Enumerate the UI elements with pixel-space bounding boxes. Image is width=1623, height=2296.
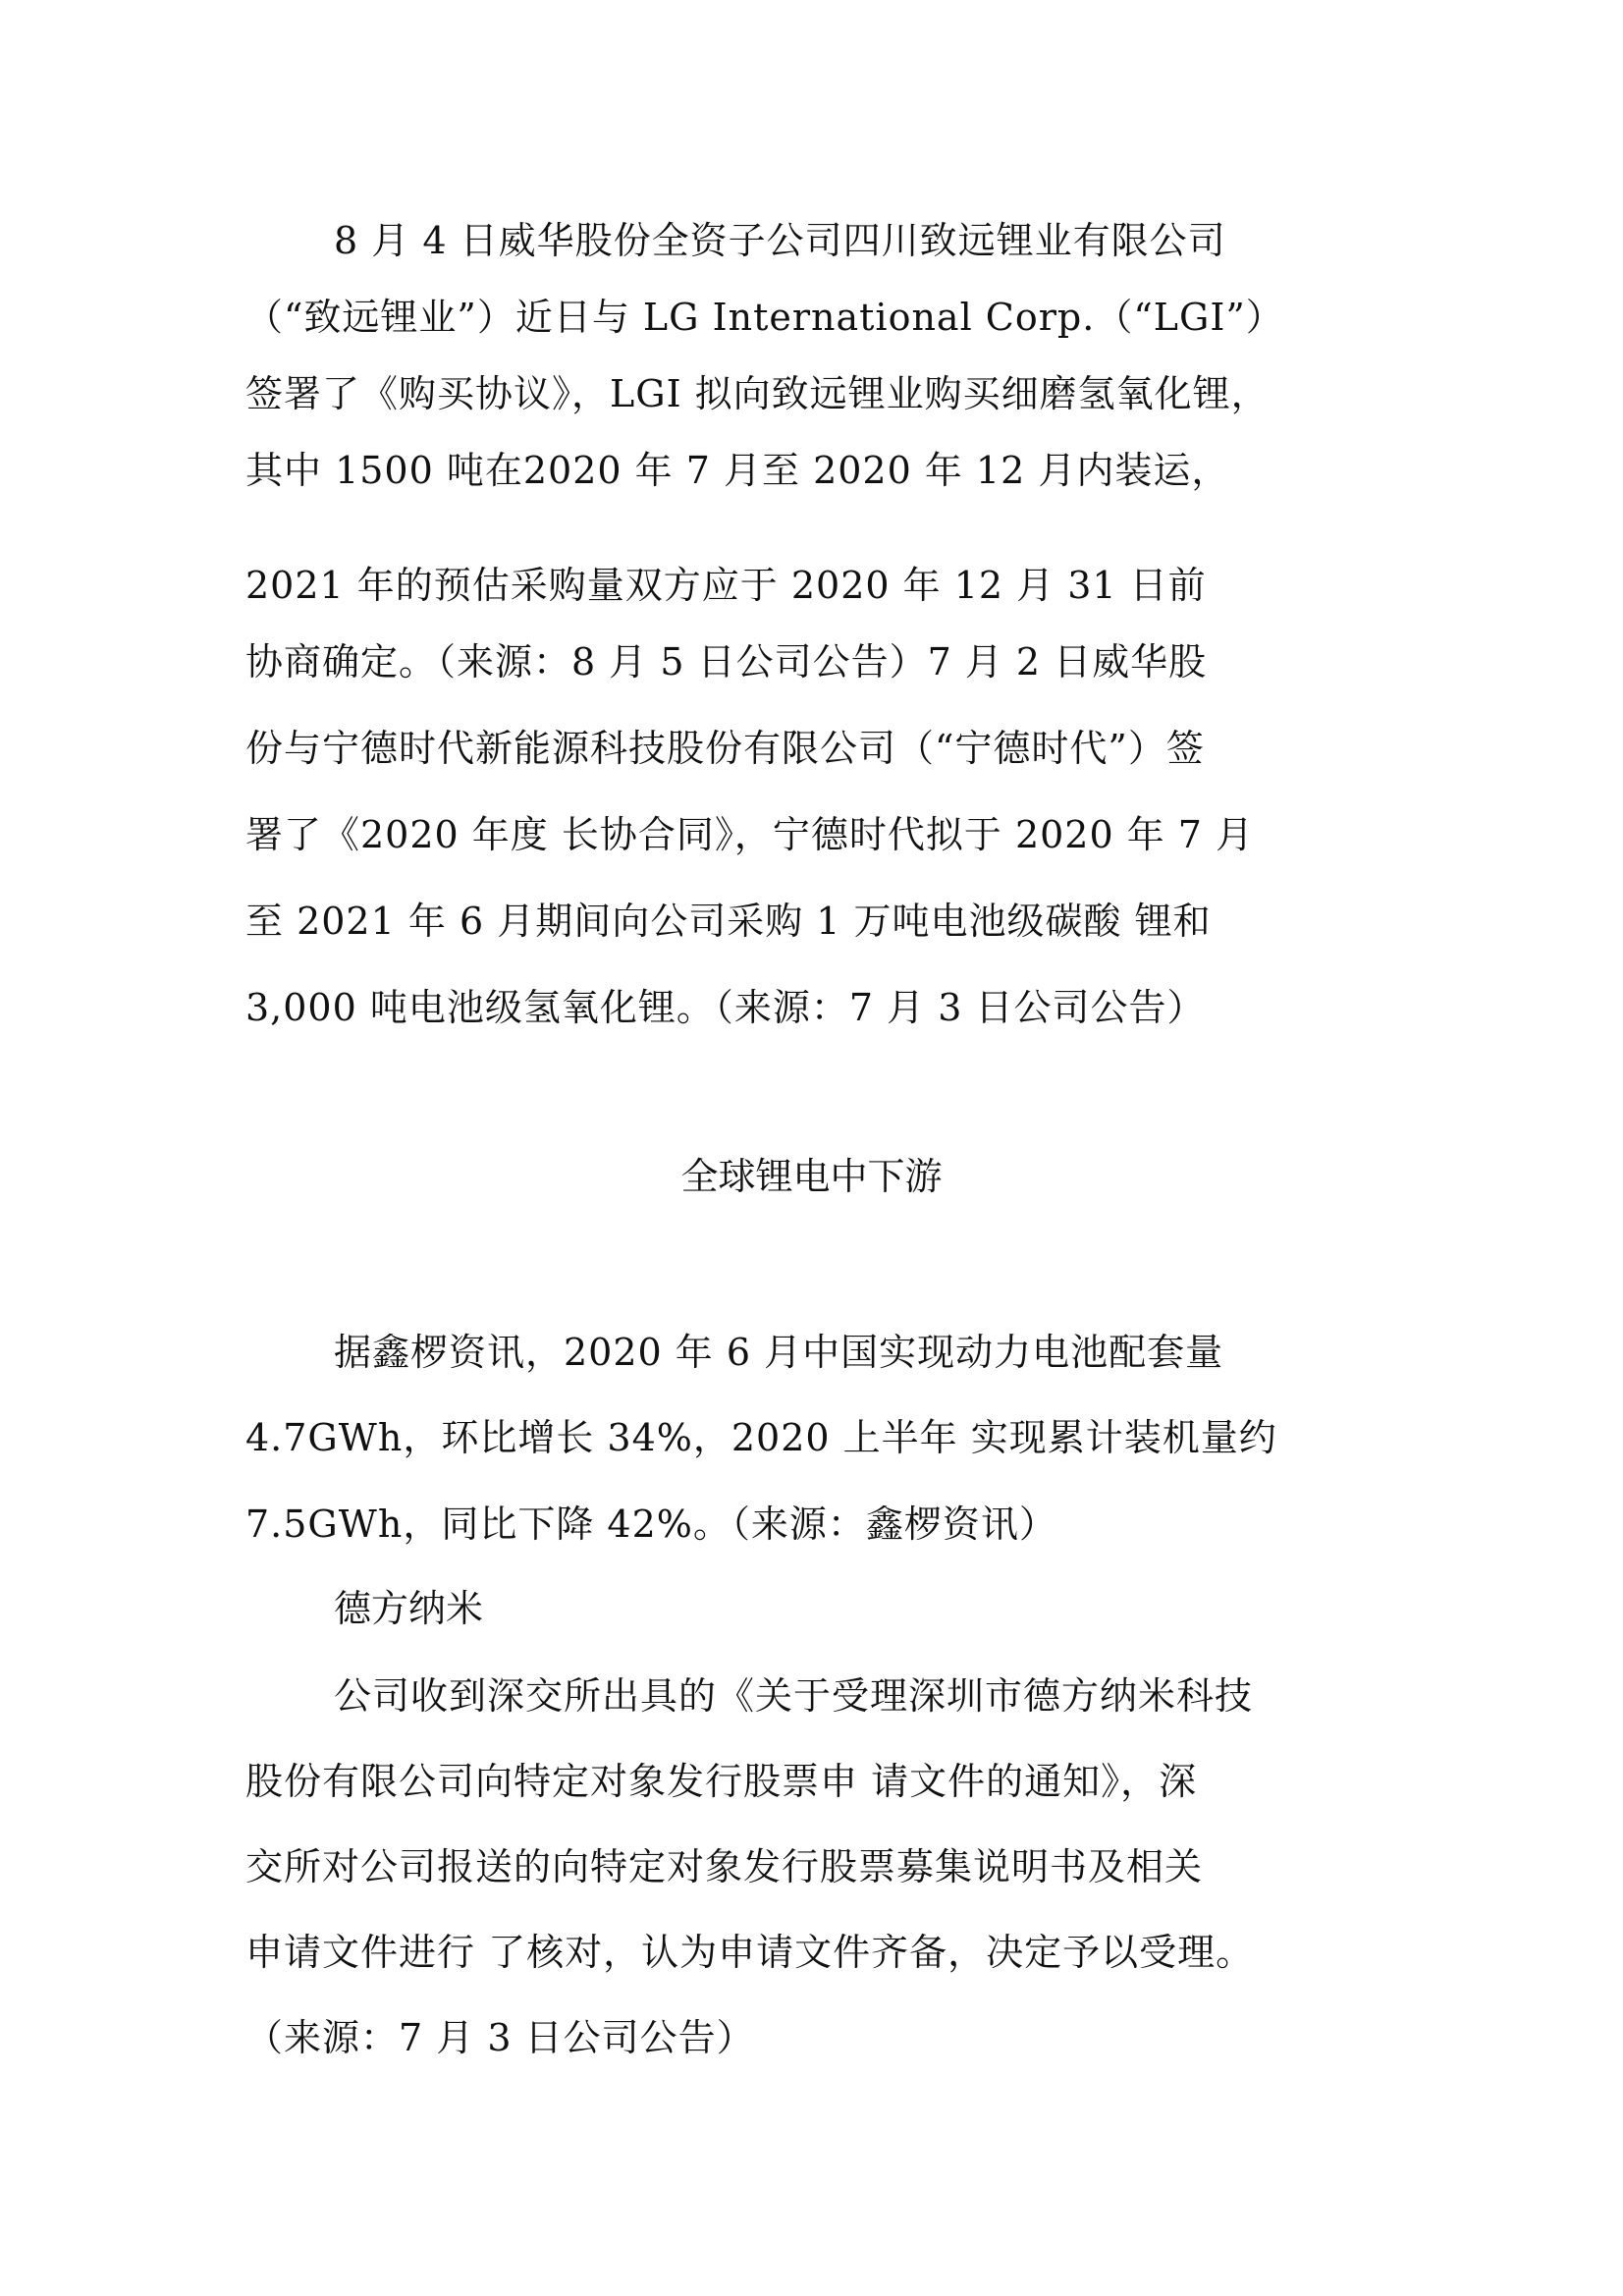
- text-line: （“致远锂业”）近日与 LG International Corp.（“LGI”…: [245, 294, 1284, 341]
- document-page: 8 月 4 日威华股份全资子公司四川致远锂业有限公司 （“致远锂业”）近日与 L…: [0, 0, 1623, 2296]
- text-line: 据鑫椤资讯，2020 年 6 月中国实现动力电池配套量: [334, 1329, 1223, 1376]
- text-line: 至 2021 年 6 月期间向公司采购 1 万吨电池级碳酸 锂和: [245, 898, 1212, 945]
- text-line: 4.7GWh，环比增长 34%，2020 上半年 实现累计装机量约: [245, 1414, 1277, 1461]
- text-line: 公司收到深交所出具的《关于受理深圳市德方纳米科技: [334, 1672, 1253, 1720]
- text-line: 3,000 吨电池级氢氧化锂。（来源：7 月 3 日公司公告）: [245, 984, 1205, 1031]
- text-line: 申请文件进行 了核对，认为申请文件齐备，决定予以受理。: [245, 1929, 1254, 1976]
- text-line: 份与宁德时代新能源科技股份有限公司（“宁德时代”）签: [245, 725, 1205, 772]
- text-line: 签署了《购买协议》，LGI 拟向致远锂业购买细磨氢氧化锂，: [245, 370, 1270, 417]
- text-line: 2021 年的预估采购量双方应于 2020 年 12 月 31 日前: [245, 562, 1207, 609]
- text-line: 署了《2020 年度 长协合同》，宁德时代拟于 2020 年 7 月: [245, 811, 1254, 858]
- text-line: 7.5GWh，同比下降 42%。（来源：鑫椤资讯）: [245, 1501, 1057, 1548]
- text-line: （来源：7 月 3 日公司公告）: [245, 2014, 755, 2061]
- text-line: 其中 1500 吨在2020 年 7 月至 2020 年 12 月内装运，: [245, 447, 1229, 494]
- text-line: 股份有限公司向特定对象发行股票申 请文件的通知》，深: [245, 1758, 1197, 1805]
- company-subheading: 德方纳米: [334, 1585, 483, 1632]
- section-heading: 全球锂电中下游: [0, 1153, 1623, 1200]
- text-line: 协商确定。（来源：8 月 5 日公司公告）7 月 2 日威华股: [245, 638, 1207, 685]
- text-line: 交所对公司报送的向特定对象发行股票募集说明书及相关: [245, 1843, 1203, 1890]
- text-line: 8 月 4 日威华股份全资子公司四川致远锂业有限公司: [334, 217, 1226, 264]
